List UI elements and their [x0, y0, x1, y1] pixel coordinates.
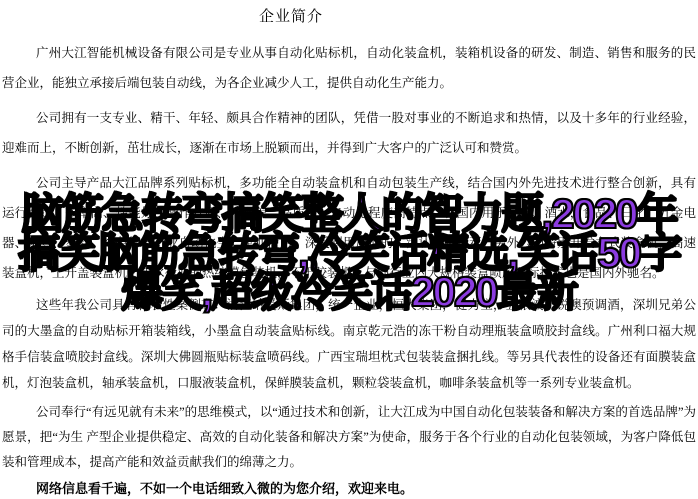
company-profile-document: 企业简介 广州大江智能机械设备有限公司是专业从事自动化贴标机，自动化装盒机，装箱…	[0, 0, 698, 499]
footer-note: 网络信息看千遍，不如一个电话细致入微的为您介绍，欢迎来电。	[2, 477, 696, 499]
paragraph: 公司奉行“有远见就有未来”的思维模式，以“通过技术和创新，让大江成为中国自动化包…	[2, 400, 696, 475]
paragraph: 这些年我公司具有代表性案例有：浙江纳爱斯集团，统一企业，恒大集团，健力宝，五粮液…	[2, 292, 696, 396]
paragraph: 公司主导产品大江品牌系列贴标机，多功能全自动装盒机和自动包装生产线，结合国内外先…	[2, 168, 696, 288]
paragraph-container: 广州大江智能机械设备有限公司是专业从事自动化贴标机，自动化装盒机，装箱机设备的研…	[2, 38, 696, 475]
page-title: 企业简介	[0, 5, 638, 26]
paragraph: 广州大江智能机械设备有限公司是专业从事自动化贴标机，自动化装盒机，装箱机设备的研…	[2, 38, 696, 98]
paragraph: 公司拥有一支专业、精干、年轻、颇具合作精神的团队，凭借一股对事业的不断追求和热情…	[2, 103, 696, 163]
